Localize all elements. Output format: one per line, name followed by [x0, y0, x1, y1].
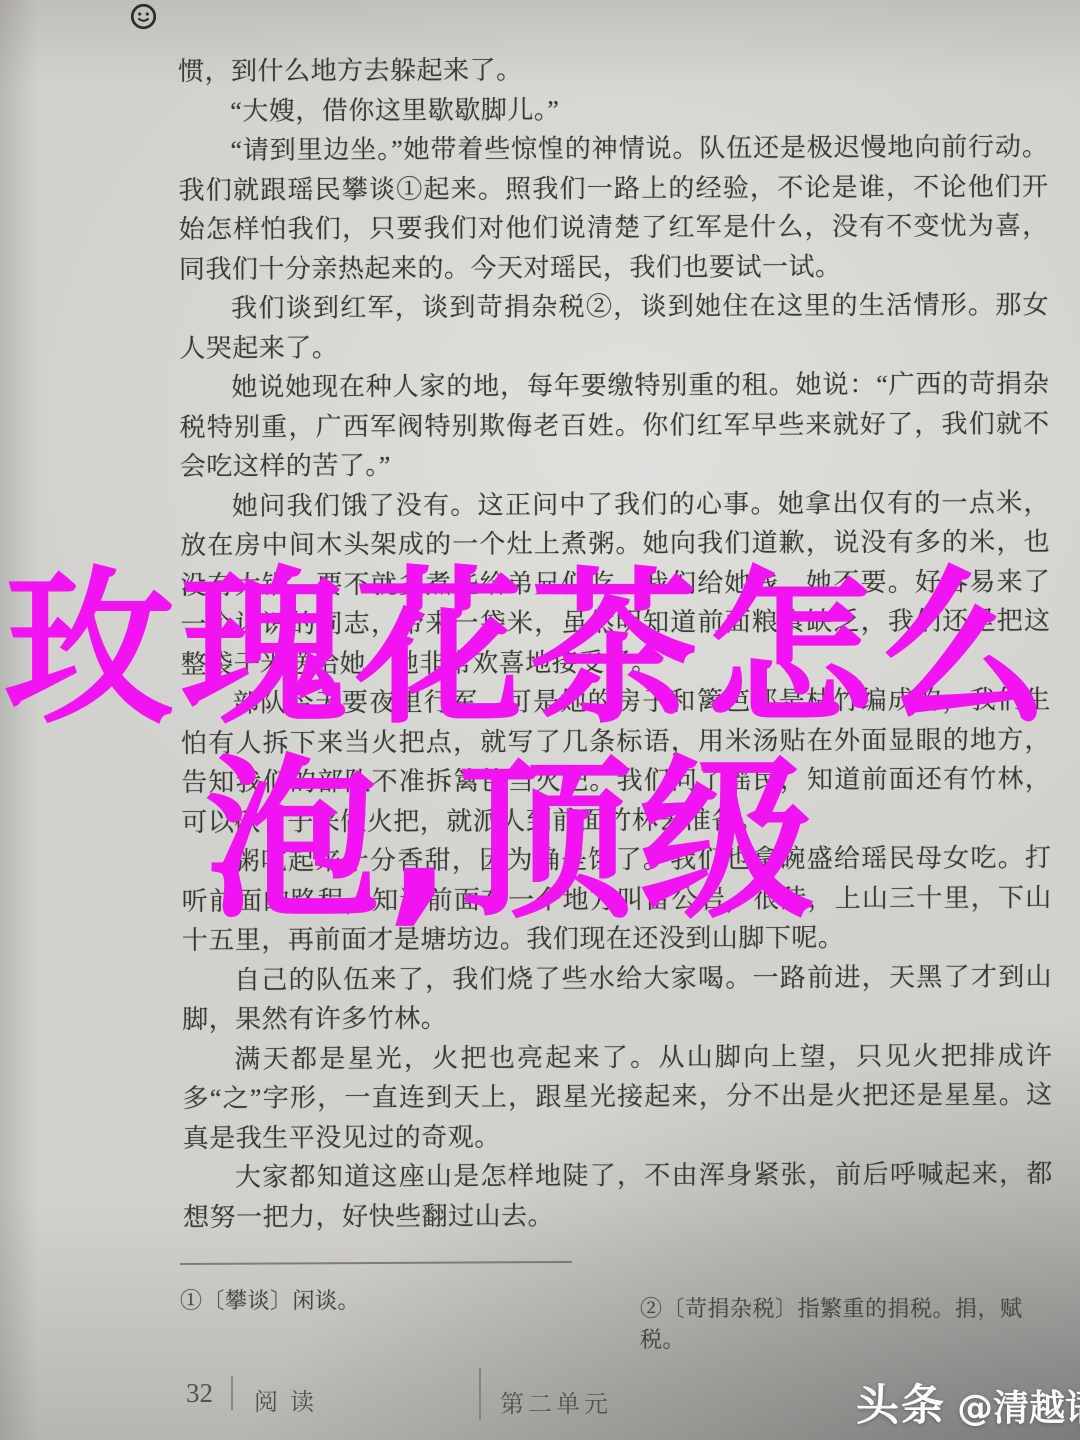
- toutiao-logo-text: 头条: [856, 1381, 946, 1431]
- paragraph: 她说她现在种人家的地，每年要缴特别重的租。她说：“广西的苛捐杂税特别重，广西军阀…: [179, 364, 1050, 486]
- overlay-watermark-line-1: 玫瑰花茶怎么: [5, 565, 1055, 733]
- footer-unit-bar: [479, 1368, 481, 1420]
- page-number: 32: [186, 1378, 213, 1409]
- author-handle: @清越语文: [957, 1388, 1080, 1429]
- footnotes: ①〔攀谈〕闲谈。 ②〔苛捐杂税〕指繁重的捐税。捐，赋税。: [180, 1284, 1060, 1334]
- paragraph: 满天都是星光，火把也亮起来了。从山脚向上望，只见火把排成许多“之”字形，一直连到…: [182, 1036, 1053, 1158]
- book-page-photo: 惯，到什么地方去躲起来了。 “大嫂，借你这里歇歇脚儿。” “请到里边坐。”她带着…: [0, 0, 1080, 1440]
- paragraph: “大嫂，借你这里歇歇脚儿。”: [178, 88, 1048, 131]
- footer-unit-label: 第二单元: [500, 1384, 612, 1419]
- paragraph: 自己的队伍来了，我们烧了些水给大家喝。一路前进，天黑了才到山脚，果然有许多竹林。: [182, 957, 1052, 1040]
- footnote-divider: [180, 1261, 572, 1265]
- footnote-1: ①〔攀谈〕闲谈。: [180, 1284, 360, 1315]
- paragraph: “请到里边坐。”她带着些惊惶的神情说。队伍还是极迟慢地向前行动。我们就跟瑶民攀谈…: [178, 127, 1049, 289]
- footer-section-label: 阅读: [254, 1382, 326, 1417]
- paragraph: 惯，到什么地方去躲起来了。: [178, 48, 1048, 91]
- overlay-watermark-line-2: 泡,顶级: [205, 754, 820, 929]
- footer-divider-bar: [231, 1376, 233, 1410]
- toutiao-watermark: 头条 @清越语文: [856, 1372, 1080, 1433]
- smiley-icon: [130, 3, 157, 30]
- paragraph: 我们谈到红军，谈到苛捐杂税②，谈到她住在这里的生活情形。那女人哭起来了。: [179, 285, 1049, 368]
- footnote-2: ②〔苛捐杂税〕指繁重的捐税。捐，赋税。: [640, 1292, 1060, 1354]
- paragraph: 大家都知道这座山是怎样地陡了，不由浑身紧张，前后呼喊起来，都想努一把力，好快些翻…: [183, 1154, 1053, 1237]
